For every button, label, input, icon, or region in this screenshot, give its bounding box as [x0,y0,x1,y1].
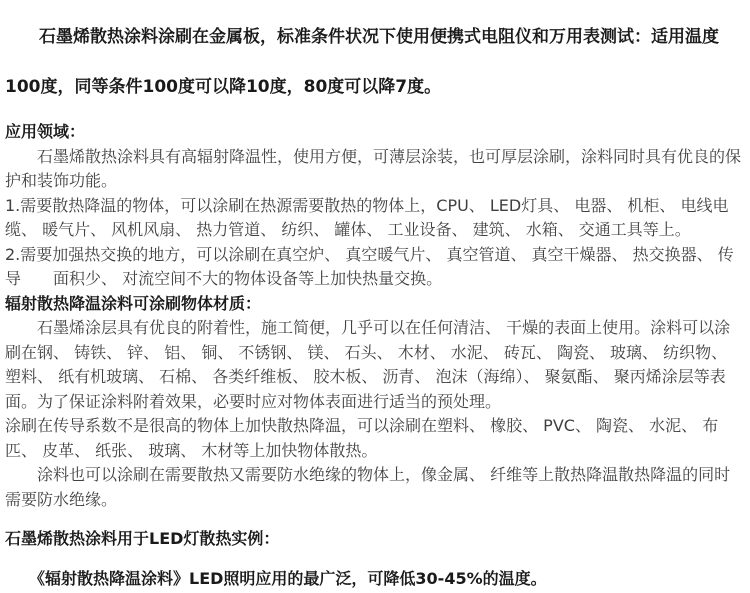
application-item-1-paragraph: 1.需要散热降温的物体，可以涂刷在热源需要散热的物体上，CPU、 LED灯具、 … [5,194,742,243]
product-description-document: 石墨烯散热涂料涂刷在金属板，标准条件状况下使用便携式电阻仪和万用表测试：适用温度… [0,0,750,591]
waterproof-insulation-paragraph: 涂料也可以涂刷在需要散热又需要防水绝缘的物体上，像金属、 纤维等上散热降温散热降… [5,463,742,512]
section-heading-application-fields: 应用领域： [5,120,742,145]
section-heading-coatable-materials: 辐射散热降温涂料可涂刷物体材质： [5,292,742,317]
materials-adhesion-paragraph: 石墨烯涂层具有优良的附着性，施工简便，几乎可以在任何清洁、 干燥的表面上使用。涂… [5,316,742,414]
led-example-paragraph: 《辐射散热降温涂料》LED照明应用的最广泛，可降低30-45%的温度。 [5,567,742,592]
application-overview-paragraph: 石墨烯散热涂料具有高辐射降温性，使用方便，可薄层涂装，也可厚层涂刷，涂料同时具有… [5,145,742,194]
low-conductivity-objects-paragraph: 涂刷在传导系数不是很高的物体上加快散热降温，可以涂刷在塑料、 橡胶、 PVC、 … [5,414,742,463]
intro-test-paragraph: 石墨烯散热涂料涂刷在金属板，标准条件状况下使用便携式电阻仪和万用表测试：适用温度… [5,12,742,112]
section-heading-led-example: 石墨烯散热涂料用于LED灯散热实例： [5,527,742,552]
application-item-2-paragraph: 2.需要加强热交换的地方，可以涂刷在真空炉、 真空暖气片、 真空管道、 真空干燥… [5,243,742,292]
